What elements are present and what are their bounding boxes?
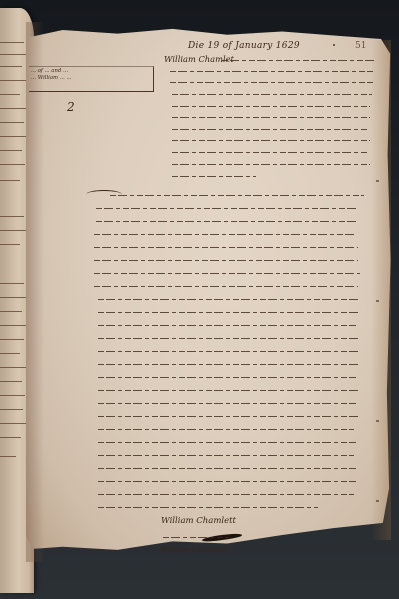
facing-page-script (0, 339, 24, 340)
margin-note-line: ... of ... and ... (31, 68, 151, 75)
facing-page-script (0, 437, 21, 438)
script-line (98, 377, 356, 378)
script-line (172, 164, 370, 165)
signature-1: William Chamlett (161, 516, 236, 526)
script-line (172, 176, 256, 177)
margin-numeral: 2 (67, 100, 75, 114)
script-line (222, 60, 374, 61)
facing-page-script (0, 456, 16, 457)
facing-page-script (0, 244, 20, 245)
facing-page-script (0, 230, 27, 231)
facing-page-script (0, 409, 23, 410)
script-line (98, 351, 358, 352)
folio-number: 51 (355, 41, 366, 51)
facing-page-script (0, 423, 27, 424)
facing-page-script (0, 283, 24, 284)
entry-title: William Chamlet (164, 54, 234, 64)
edge-mark (376, 300, 379, 302)
script-line (110, 195, 364, 196)
facing-page-script (0, 395, 25, 396)
script-line (98, 364, 360, 365)
facing-page-script (0, 180, 20, 181)
facing-page-script (0, 311, 22, 312)
script-line (94, 234, 356, 235)
edge-mark (376, 500, 379, 502)
script-line (94, 260, 358, 261)
script-line (96, 208, 358, 209)
script-line (172, 140, 370, 141)
script-line (98, 507, 318, 508)
script-line (94, 247, 358, 248)
edge-mark (376, 420, 379, 422)
script-line (172, 117, 370, 118)
margin-note-line: ... William ... ... (31, 75, 151, 82)
script-line (172, 106, 370, 107)
script-line (98, 416, 358, 417)
date-heading: Die 19 of January 1629 (188, 41, 300, 51)
script-line (98, 468, 356, 469)
facing-page-script (0, 42, 24, 43)
facing-page-script (0, 94, 20, 95)
script-line (170, 82, 373, 83)
facing-page-script (0, 381, 22, 382)
facing-page-script (0, 297, 26, 298)
script-line (98, 325, 356, 326)
gutter-shadow (26, 22, 44, 562)
facing-page-script (0, 80, 27, 81)
script-line (98, 455, 354, 456)
script-line (94, 273, 360, 274)
facing-page-script (0, 150, 22, 151)
script-line (172, 94, 372, 95)
facing-page-script (0, 108, 26, 109)
facing-page-script (0, 353, 20, 354)
script-line (94, 286, 358, 287)
facing-page-script (0, 136, 28, 137)
facing-page-script (0, 164, 25, 165)
script-line (98, 429, 354, 430)
folio-dot (333, 44, 335, 46)
margin-note-box: ... of ... and ... ... William ... ... (29, 66, 154, 92)
script-line (98, 481, 356, 482)
script-line (96, 221, 358, 222)
script-line (98, 442, 356, 443)
script-line (170, 71, 373, 72)
facing-page-script (0, 367, 26, 368)
script-line (172, 129, 368, 130)
facing-page-script (0, 54, 28, 55)
script-line (98, 403, 356, 404)
facing-page-script (0, 325, 27, 326)
script-line (98, 494, 354, 495)
signature-2-scribble (163, 537, 229, 538)
facing-page-script (0, 216, 24, 217)
edge-mark (376, 180, 379, 182)
signature-3: William Chamlett (161, 545, 227, 554)
script-line (98, 338, 360, 339)
facing-page-script (0, 122, 24, 123)
script-line (172, 152, 368, 153)
script-line (98, 299, 358, 300)
facing-page-script (0, 66, 22, 67)
edge-stain (371, 40, 391, 540)
script-line (98, 312, 360, 313)
script-line (98, 390, 358, 391)
